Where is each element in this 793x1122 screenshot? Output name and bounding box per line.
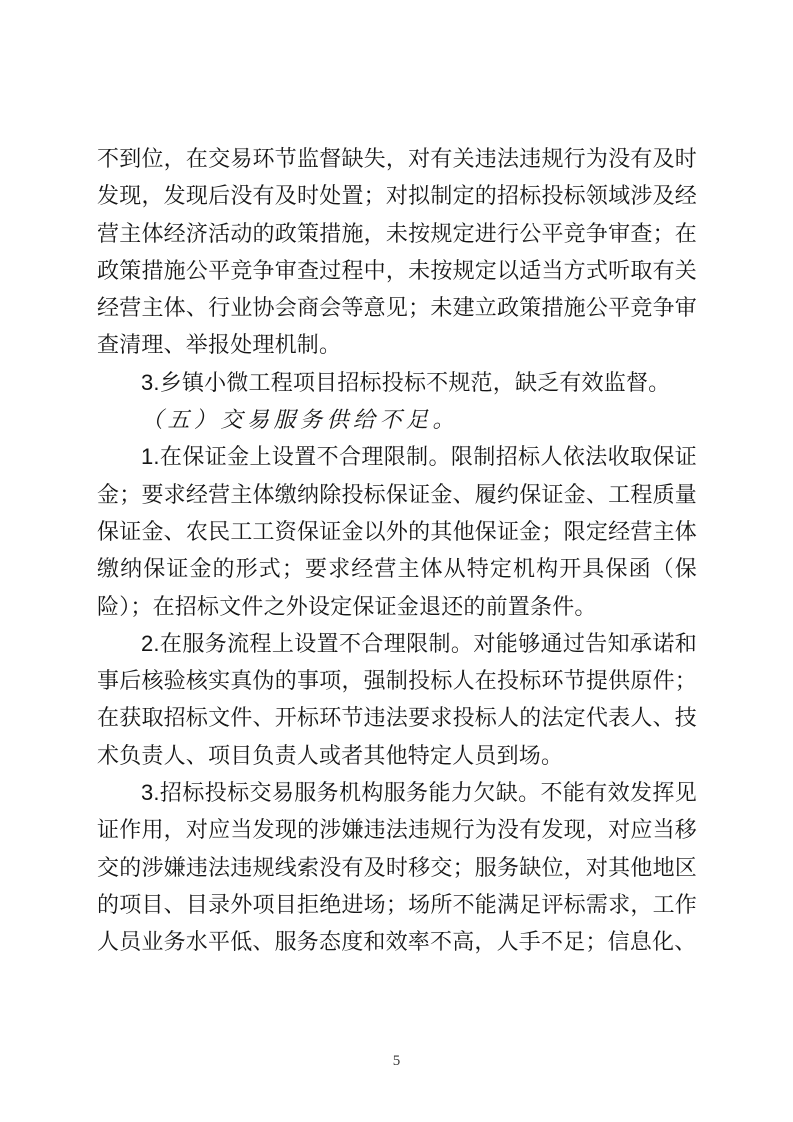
paragraph-item3-township-projects: 3.乡镇小微工程项目招标投标不规范，缺乏有效监督。 [97, 364, 697, 401]
section-heading-five-trading-services: （五）交易服务供给不足。 [97, 401, 697, 438]
document-page: 不到位，在交易环节监督缺失，对有关违法违规行为没有及时发现，发现后没有及时处置；… [0, 0, 793, 1122]
page-number: 5 [0, 1051, 793, 1071]
document-body: 不到位，在交易环节监督缺失，对有关违法违规行为没有及时发现，发现后没有及时处置；… [97, 140, 697, 961]
paragraph-item1-deposit-restrictions: 1.在保证金上设置不合理限制。限制招标人依法收取保证金；要求经营主体缴纳除投标保… [97, 438, 697, 624]
paragraph-continuation-supervision-gaps: 不到位，在交易环节监督缺失，对有关违法违规行为没有及时发现，发现后没有及时处置；… [97, 140, 697, 364]
paragraph-item2-service-process-restrictions: 2.在服务流程上设置不合理限制。对能够通过告知承诺和事后核验核实真伪的事项，强制… [97, 625, 697, 774]
paragraph-item3-service-capability-lacking: 3.招标投标交易服务机构服务能力欠缺。不能有效发挥见证作用，对应当发现的涉嫌违法… [97, 774, 697, 960]
